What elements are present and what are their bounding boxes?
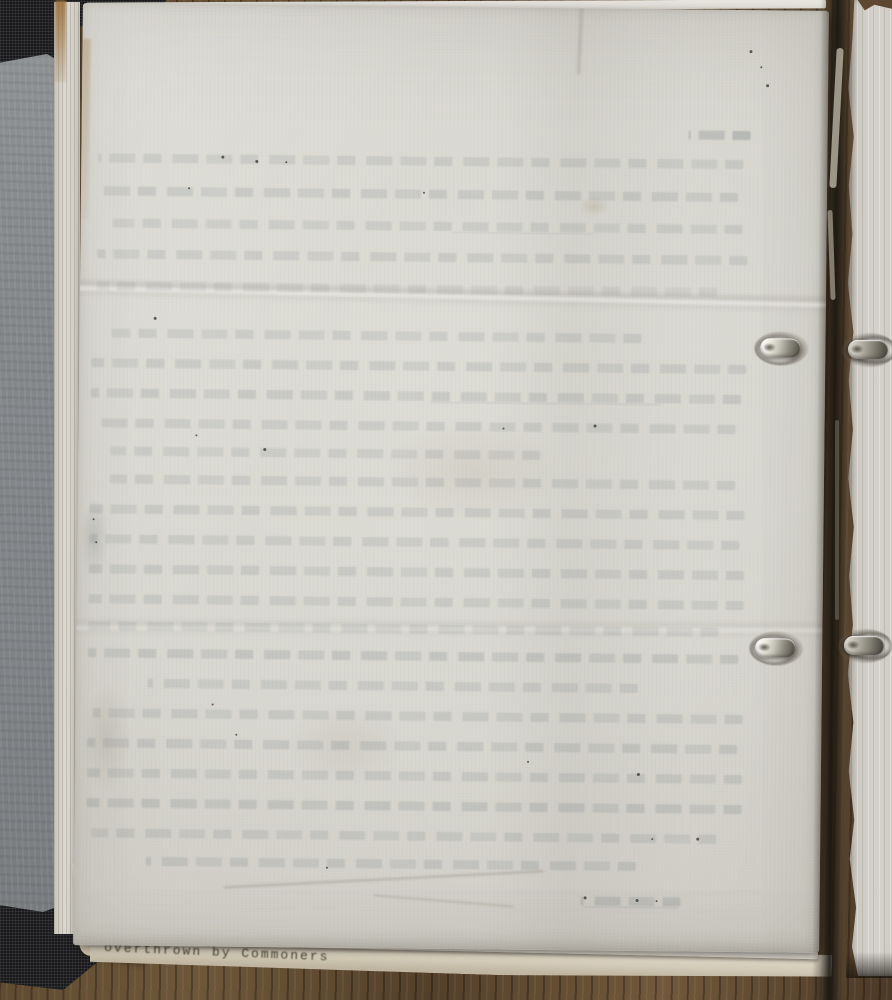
- ink-speck-layer: [73, 3, 829, 953]
- document-page: [73, 3, 829, 953]
- ink-speck: [594, 424, 597, 427]
- ink-speck: [696, 838, 699, 841]
- metal-tab-slot: [847, 641, 859, 649]
- ink-speck: [637, 773, 640, 776]
- metal-binder-post-icon: [841, 632, 889, 660]
- ink-speck: [255, 160, 258, 163]
- metal-tab-slot: [763, 343, 775, 351]
- ink-speck: [188, 187, 190, 189]
- ink-speck: [285, 161, 287, 163]
- ink-speck: [154, 317, 157, 320]
- metal-tab-slot: [758, 643, 770, 651]
- ink-speck: [766, 84, 769, 87]
- right-stack-shadow: [846, 952, 892, 978]
- ink-speck: [326, 867, 328, 869]
- ink-speck: [656, 900, 658, 902]
- torn-paper-sliver: [835, 420, 839, 620]
- metal-binder-post-icon: [752, 634, 800, 663]
- ink-speck: [527, 761, 529, 763]
- ink-speck: [195, 434, 197, 436]
- ink-speck: [95, 541, 97, 543]
- ink-speck: [503, 428, 505, 430]
- metal-tab-slot: [851, 345, 863, 353]
- binder-photo: overthrown by Commoners: [0, 0, 892, 1000]
- ink-speck: [235, 734, 237, 736]
- ink-speck: [651, 838, 653, 840]
- metal-binder-post-icon: [757, 334, 805, 363]
- ink-speck: [760, 66, 762, 68]
- ink-speck: [263, 448, 266, 451]
- ink-speck: [93, 518, 95, 520]
- ink-speck: [636, 899, 639, 902]
- ink-speck: [221, 156, 224, 159]
- ink-speck: [423, 192, 425, 194]
- glue-stain: [55, 0, 66, 82]
- ink-speck: [749, 50, 752, 53]
- metal-binder-post-icon: [845, 336, 892, 364]
- ink-speck: [584, 896, 587, 899]
- ink-speck: [212, 704, 214, 706]
